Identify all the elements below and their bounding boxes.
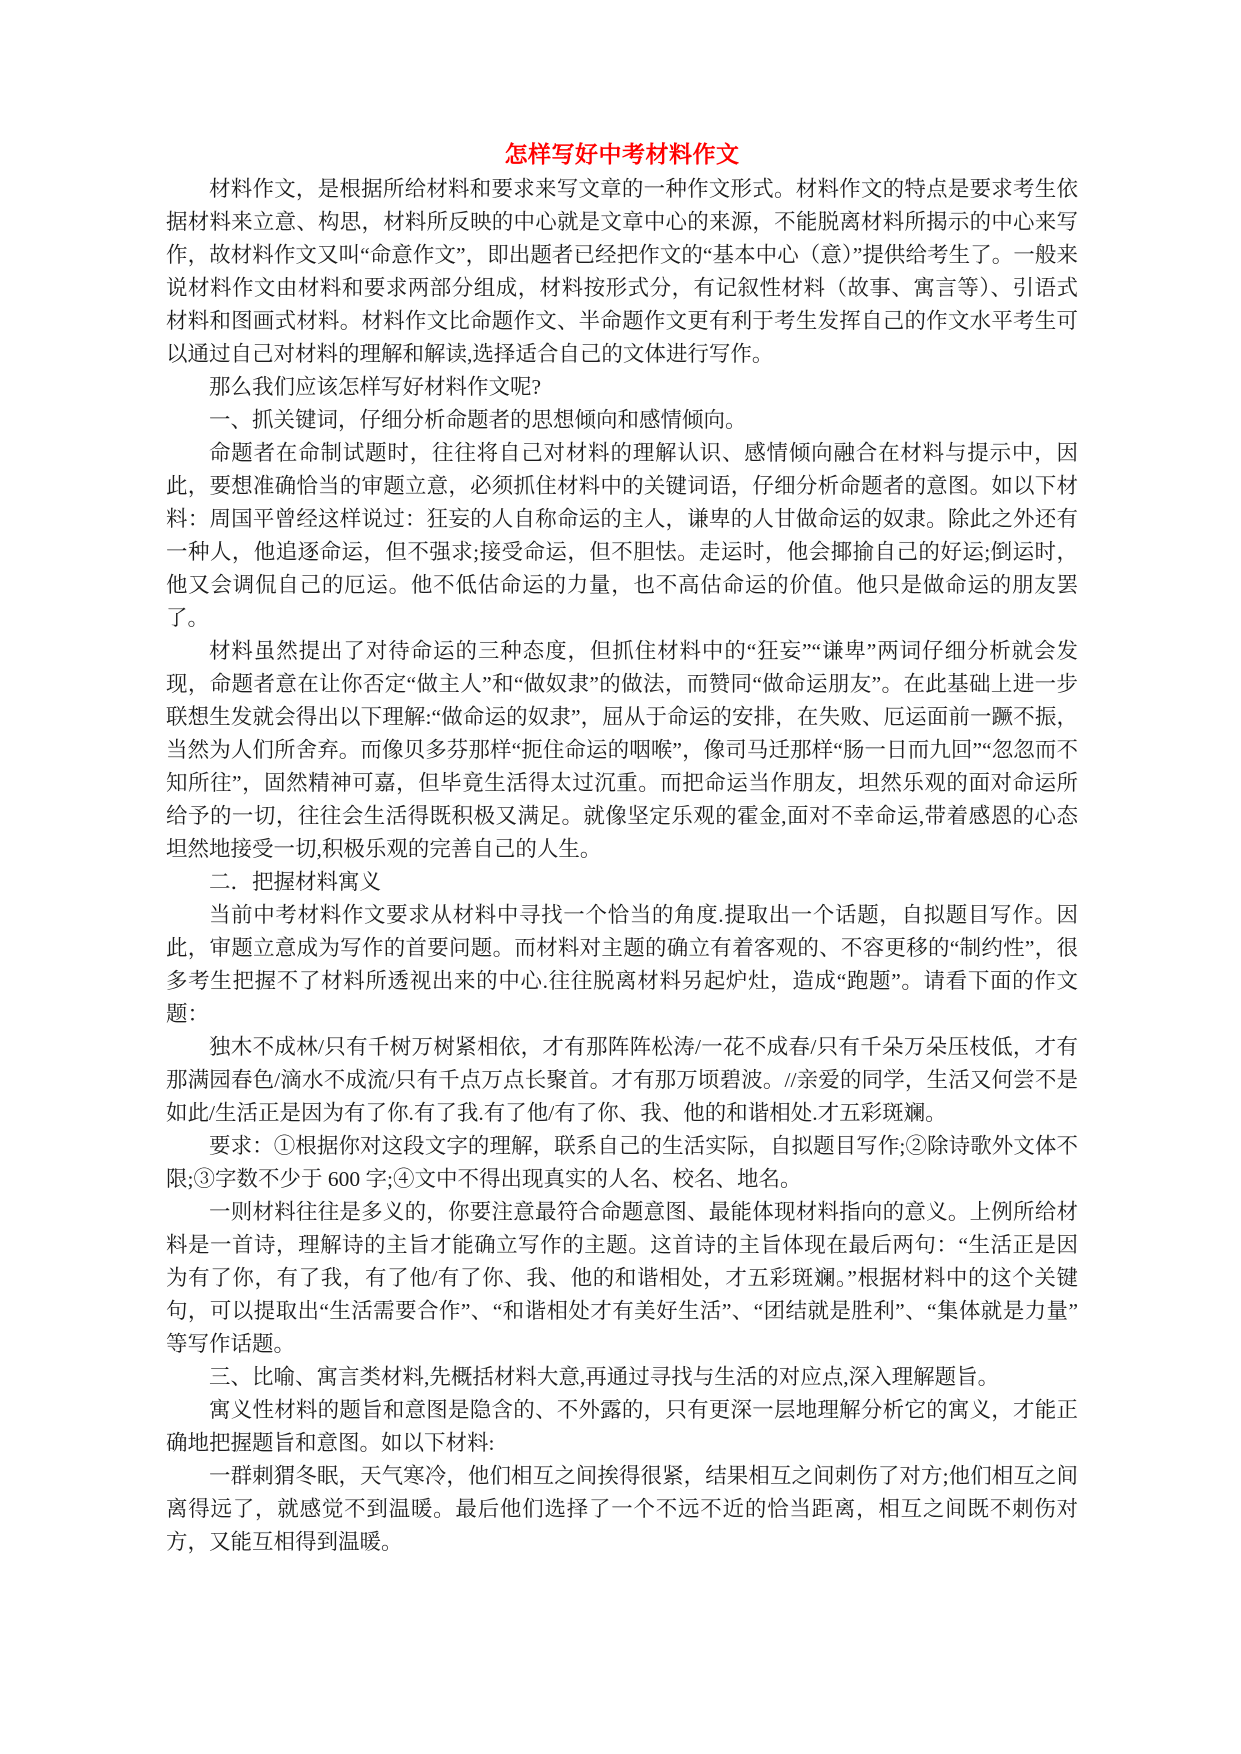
section-heading-1: 一、抓关键词，仔细分析命题者的思想倾向和感情倾向。	[166, 404, 1078, 437]
document-title: 怎样写好中考材料作文	[166, 138, 1078, 171]
paragraph-section2-body: 当前中考材料作文要求从材料中寻找一个恰当的角度.提取出一个话题，自拟题目写作。因…	[166, 899, 1078, 1031]
paragraph-section1-body: 命题者在命制试题时，往往将自己对材料的理解认识、感情倾向融合在材料与提示中，因此…	[166, 437, 1078, 635]
paragraph-requirements: 要求：①根据你对这段文字的理解，联系自己的生活实际，自拟题目写作;②除诗歌外文体…	[166, 1130, 1078, 1196]
paragraph-intro: 材料作文，是根据所给材料和要求来写文章的一种作文形式。材料作文的特点是要求考生依…	[166, 173, 1078, 371]
paragraph-hedgehog-material: 一群刺猬冬眠，天气寒冷，他们相互之间挨得很紧，结果相互之间刺伤了对方;他们相互之…	[166, 1460, 1078, 1559]
section-heading-3: 三、比喻、寓言类材料,先概括材料大意,再通过寻找与生活的对应点,深入理解题旨。	[166, 1361, 1078, 1394]
paragraph-section1-analysis: 材料虽然提出了对待命运的三种态度，但抓住材料中的“狂妄”“谦卑”两词仔细分析就会…	[166, 635, 1078, 866]
paragraph-section2-analysis: 一则材料往往是多义的，你要注意最符合命题意图、最能体现材料指向的意义。上例所给材…	[166, 1196, 1078, 1361]
document-body: 材料作文，是根据所给材料和要求来写文章的一种作文形式。材料作文的特点是要求考生依…	[166, 173, 1078, 1559]
paragraph-section3-body: 寓义性材料的题旨和意图是隐含的、不外露的，只有更深一层地理解分析它的寓义，才能正…	[166, 1394, 1078, 1460]
document-page: 怎样写好中考材料作文 材料作文，是根据所给材料和要求来写文章的一种作文形式。材料…	[0, 0, 1241, 1754]
paragraph-poem-material: 独木不成林/只有千树万树紧相依，才有那阵阵松涛/一花不成春/只有千朵万朵压枝低，…	[166, 1031, 1078, 1130]
paragraph-question: 那么我们应该怎样写好材料作文呢?	[166, 371, 1078, 404]
section-heading-2: 二．把握材料寓义	[166, 866, 1078, 899]
